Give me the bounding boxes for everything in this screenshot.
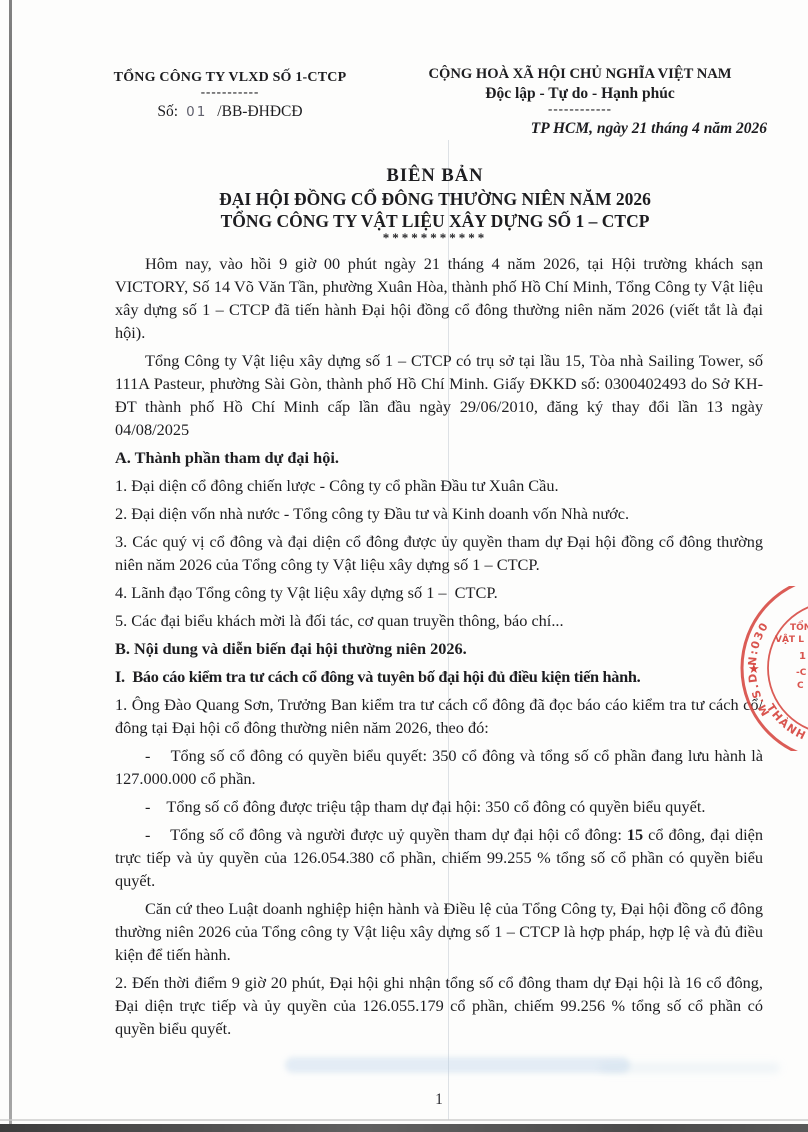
header-issuer-block: TỔNG CÔNG TY VLXD SỐ 1-CTCP ----------- … xyxy=(104,70,356,121)
page-number: 1 xyxy=(115,1091,763,1109)
bullet-bold-count: 15 xyxy=(627,825,643,844)
divider-dashes: ------------ xyxy=(393,103,767,114)
place-date-line: TP HCM, ngày 21 tháng 4 năm 2026 xyxy=(393,120,767,138)
paragraph-updated-count: 2. Đến thời điểm 9 giờ 20 phút, Đại hội … xyxy=(115,971,763,1040)
section-i-heading: I. Báo cáo kiểm tra tư cách cổ đông và t… xyxy=(115,665,763,688)
section-a-item: 5. Các đại biểu khách mời là đối tác, cơ… xyxy=(115,609,763,632)
title-star-divider: *********** xyxy=(65,232,805,244)
seal-ring-text-bottom: THÀNH xyxy=(764,701,808,742)
title-sub1: ĐẠI HỘI ĐỒNG CỔ ĐÔNG THƯỜNG NIÊN NĂM 202… xyxy=(65,189,805,210)
header-national-block: CỘNG HOÀ XÃ HỘI CHỦ NGHĨA VIỆT NAM Độc l… xyxy=(393,66,767,138)
seal-inner-text: -C xyxy=(796,668,807,678)
document-number-suffix: /BB-ĐHĐCĐ xyxy=(217,103,302,120)
national-title: CỘNG HOÀ XÃ HỘI CHỦ NGHĨA VIỆT NAM xyxy=(393,66,767,83)
section-a-item: 2. Đại diện vốn nhà nước - Tổng công ty … xyxy=(115,502,763,525)
paragraph-company-info: Tổng Công ty Vật liệu xây dựng số 1 – CT… xyxy=(115,349,763,441)
title-sub2: TỔNG CÔNG TY VẬT LIỆU XÂY DỰNG SỐ 1 – CT… xyxy=(65,211,805,232)
bullet-summoned-shareholders: - Tổng số cổ đông được triệu tập tham dự… xyxy=(115,795,763,818)
seal-inner-text: TỔN xyxy=(790,620,808,633)
official-red-seal: M.S.D.N:030 THÀNH ★ TỔN VẬT L 1 -C C xyxy=(726,586,808,751)
document-body: Hôm nay, vào hồi 9 giờ 00 phút ngày 21 t… xyxy=(115,252,763,1040)
document-number-label: Số: xyxy=(157,103,178,120)
bullet-attending-shareholders: - Tổng số cổ đông và người được uỷ quyền… xyxy=(115,823,763,892)
section-a-item: 4. Lãnh đạo Tổng công ty Vật liệu xây dự… xyxy=(115,581,763,604)
seal-star-icon: ★ xyxy=(748,661,760,676)
ink-bleed-smudge xyxy=(600,1063,780,1073)
paragraph-opening: Hôm nay, vào hồi 9 giờ 00 phút ngày 21 t… xyxy=(115,252,763,344)
divider-dashes: ----------- xyxy=(104,86,356,97)
paragraph-legal-basis: Căn cứ theo Luật doanh nghiệp hiện hành … xyxy=(115,897,763,966)
section-a-item: 3. Các quý vị cổ đông và đại diện cổ đôn… xyxy=(115,530,763,576)
document-number-line: Số:01/BB-ĐHĐCĐ xyxy=(104,103,356,121)
title-main: BIÊN BẢN xyxy=(65,166,805,187)
document-title-block: BIÊN BẢN ĐẠI HỘI ĐỒNG CỔ ĐÔNG THƯỜNG NIÊ… xyxy=(65,166,805,244)
scan-bottom-line xyxy=(0,1119,808,1121)
seal-inner-text: VẬT L xyxy=(775,634,804,645)
bullet-text-pre: - Tổng số cổ đông và người được uỷ quyền… xyxy=(145,825,627,844)
seal-inner-text: C xyxy=(797,681,804,691)
scan-left-edge-shadow xyxy=(9,0,12,1127)
ink-bleed-smudge xyxy=(285,1057,630,1073)
svg-text:THÀNH: THÀNH xyxy=(764,701,808,742)
seal-inner-text: 1 xyxy=(799,651,806,662)
section-b-heading: B. Nội dung và diễn biến đại hội thường … xyxy=(115,637,763,660)
paragraph-report-intro: 1. Ông Đào Quang Sơn, Trưởng Ban kiểm tr… xyxy=(115,693,763,739)
scan-bottom-shadow xyxy=(0,1124,808,1132)
scanned-document-page: TỔNG CÔNG TY VLXD SỐ 1-CTCP ----------- … xyxy=(0,0,808,1132)
bullet-shareholders-total: - Tổng số cổ đông có quyền biểu quyết: 3… xyxy=(115,744,763,790)
section-a-item: 1. Đại diện cổ đông chiến lược - Công ty… xyxy=(115,474,763,497)
document-number-handwritten: 01 xyxy=(186,104,207,120)
section-a-heading: A. Thành phần tham dự đại hội. xyxy=(115,446,763,469)
